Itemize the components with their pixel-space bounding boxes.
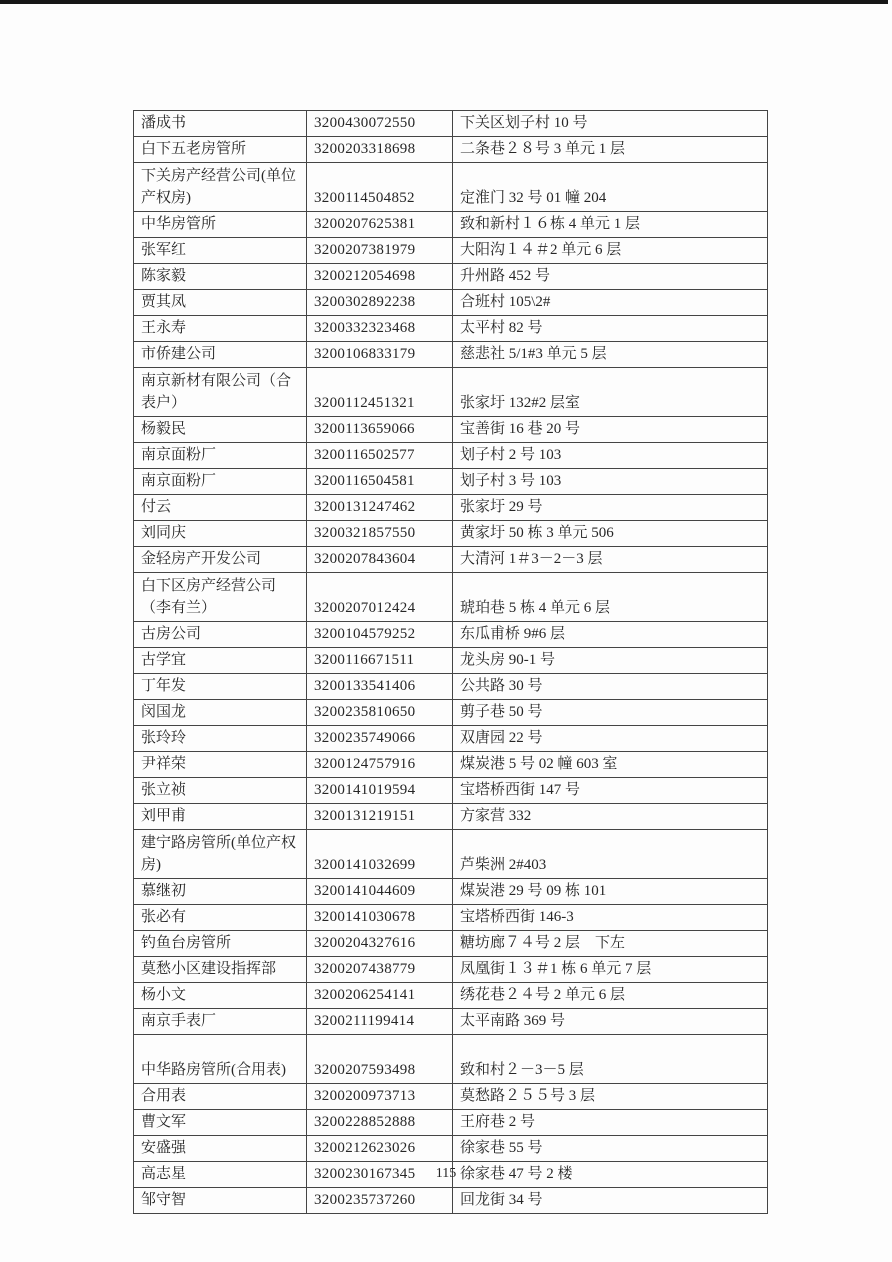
name-cell: 闵国龙 (134, 700, 307, 726)
name-cell: 合用表 (134, 1084, 307, 1110)
table-row: 慕继初3200141044609煤炭港 29 号 09 栋 101 (134, 879, 768, 905)
number-cell: 3200228852888 (307, 1110, 453, 1136)
table-row: 丁年发3200133541406公共路 30 号 (134, 674, 768, 700)
address-cell: 东瓜甫桥 9#6 层 (453, 622, 768, 648)
number-cell: 3200114504852 (307, 163, 453, 212)
number-cell: 3200116504581 (307, 469, 453, 495)
number-cell: 3200302892238 (307, 290, 453, 316)
number-cell: 3200131247462 (307, 495, 453, 521)
address-cell: 煤炭港 5 号 02 幢 603 室 (453, 752, 768, 778)
number-cell: 3200207381979 (307, 238, 453, 264)
table-row: 潘成书3200430072550下关区划子村 10 号 (134, 111, 768, 137)
table-row: 南京面粉厂3200116502577划子村 2 号 103 (134, 443, 768, 469)
table-row: 付云3200131247462张家圩 29 号 (134, 495, 768, 521)
address-cell: 下关区划子村 10 号 (453, 111, 768, 137)
table-row: 王永寿3200332323468太平村 82 号 (134, 316, 768, 342)
name-cell: 中华路房管所(合用表) (134, 1035, 307, 1084)
address-cell: 黄家圩 50 栋 3 单元 506 (453, 521, 768, 547)
name-cell: 南京面粉厂 (134, 443, 307, 469)
address-cell: 宝塔桥西街 147 号 (453, 778, 768, 804)
table-row: 杨小文3200206254141绣花巷２４号 2 单元 6 层 (134, 983, 768, 1009)
table-row: 建宁路房管所(单位产权房)3200141032699芦柴洲 2#403 (134, 830, 768, 879)
address-cell: 双唐园 22 号 (453, 726, 768, 752)
name-cell: 杨小文 (134, 983, 307, 1009)
name-cell: 南京新材有限公司（合表户） (134, 368, 307, 417)
number-cell: 3200200973713 (307, 1084, 453, 1110)
address-cell: 莫愁路２５５号 3 层 (453, 1084, 768, 1110)
name-cell: 曹文军 (134, 1110, 307, 1136)
name-cell: 陈家毅 (134, 264, 307, 290)
name-cell: 安盛强 (134, 1136, 307, 1162)
number-cell: 3200124757916 (307, 752, 453, 778)
address-cell: 剪子巷 50 号 (453, 700, 768, 726)
records-table: 潘成书3200430072550下关区划子村 10 号白下五老房管所320020… (133, 110, 768, 1214)
document-page: 潘成书3200430072550下关区划子村 10 号白下五老房管所320020… (0, 0, 892, 1262)
number-cell: 3200207625381 (307, 212, 453, 238)
name-cell: 邹守智 (134, 1188, 307, 1214)
name-cell: 杨毅民 (134, 417, 307, 443)
table-row: 闵国龙3200235810650剪子巷 50 号 (134, 700, 768, 726)
number-cell: 3200207843604 (307, 547, 453, 573)
name-cell: 刘同庆 (134, 521, 307, 547)
address-cell: 大清河 1＃3－2－3 层 (453, 547, 768, 573)
name-cell: 莫愁小区建设指挥部 (134, 957, 307, 983)
table-row: 白下五老房管所3200203318698二条巷２８号 3 单元 1 层 (134, 137, 768, 163)
table-row: 尹祥荣3200124757916煤炭港 5 号 02 幢 603 室 (134, 752, 768, 778)
name-cell: 刘甲甫 (134, 804, 307, 830)
address-cell: 绣花巷２４号 2 单元 6 层 (453, 983, 768, 1009)
table-row: 张军红3200207381979大阳沟１４＃2 单元 6 层 (134, 238, 768, 264)
scan-edge-artifact (0, 0, 888, 4)
name-cell: 金轻房产开发公司 (134, 547, 307, 573)
number-cell: 3200207593498 (307, 1035, 453, 1084)
address-cell: 徐家巷 55 号 (453, 1136, 768, 1162)
table-row: 古学宜3200116671511龙头房 90-1 号 (134, 648, 768, 674)
table-row: 白下区房产经营公司（李有兰）3200207012424琥珀巷 5 栋 4 单元 … (134, 573, 768, 622)
table-row: 莫愁小区建设指挥部3200207438779凤凰街１３＃1 栋 6 单元 7 层 (134, 957, 768, 983)
name-cell: 张必有 (134, 905, 307, 931)
number-cell: 3200212054698 (307, 264, 453, 290)
address-cell: 煤炭港 29 号 09 栋 101 (453, 879, 768, 905)
address-cell: 划子村 2 号 103 (453, 443, 768, 469)
table-row: 钓鱼台房管所3200204327616糖坊廊７４号 2 层 下左 (134, 931, 768, 957)
name-cell: 古学宜 (134, 648, 307, 674)
address-cell: 升州路 452 号 (453, 264, 768, 290)
number-cell: 3200206254141 (307, 983, 453, 1009)
number-cell: 3200235737260 (307, 1188, 453, 1214)
number-cell: 3200141019594 (307, 778, 453, 804)
address-cell: 王府巷 2 号 (453, 1110, 768, 1136)
table-row: 合用表3200200973713莫愁路２５５号 3 层 (134, 1084, 768, 1110)
table-row: 张玲玲3200235749066双唐园 22 号 (134, 726, 768, 752)
table-row: 中华房管所3200207625381致和新村１６栋 4 单元 1 层 (134, 212, 768, 238)
table-row: 张立祯3200141019594宝塔桥西街 147 号 (134, 778, 768, 804)
number-cell: 3200133541406 (307, 674, 453, 700)
page-number: 115 (0, 1166, 892, 1182)
name-cell: 下关房产经营公司(单位产权房) (134, 163, 307, 212)
number-cell: 3200106833179 (307, 342, 453, 368)
address-cell: 太平村 82 号 (453, 316, 768, 342)
name-cell: 付云 (134, 495, 307, 521)
address-cell: 宝塔桥西街 146-3 (453, 905, 768, 931)
name-cell: 潘成书 (134, 111, 307, 137)
address-cell: 琥珀巷 5 栋 4 单元 6 层 (453, 573, 768, 622)
table-row: 古房公司3200104579252东瓜甫桥 9#6 层 (134, 622, 768, 648)
address-cell: 糖坊廊７４号 2 层 下左 (453, 931, 768, 957)
address-cell: 公共路 30 号 (453, 674, 768, 700)
number-cell: 3200204327616 (307, 931, 453, 957)
number-cell: 3200207012424 (307, 573, 453, 622)
table-row: 邹守智3200235737260回龙街 34 号 (134, 1188, 768, 1214)
name-cell: 贾其凤 (134, 290, 307, 316)
table-row: 刘同庆3200321857550黄家圩 50 栋 3 单元 506 (134, 521, 768, 547)
address-cell: 龙头房 90-1 号 (453, 648, 768, 674)
name-cell: 王永寿 (134, 316, 307, 342)
name-cell: 古房公司 (134, 622, 307, 648)
address-cell: 方家营 332 (453, 804, 768, 830)
table-row: 安盛强3200212623026徐家巷 55 号 (134, 1136, 768, 1162)
table-row: 南京新材有限公司（合表户）3200112451321张家圩 132#2 层室 (134, 368, 768, 417)
address-cell: 太平南路 369 号 (453, 1009, 768, 1035)
table-row: 曹文军3200228852888王府巷 2 号 (134, 1110, 768, 1136)
number-cell: 3200332323468 (307, 316, 453, 342)
number-cell: 3200141030678 (307, 905, 453, 931)
number-cell: 3200116671511 (307, 648, 453, 674)
table-row: 刘甲甫3200131219151方家营 332 (134, 804, 768, 830)
number-cell: 3200113659066 (307, 417, 453, 443)
name-cell: 尹祥荣 (134, 752, 307, 778)
address-cell: 张家圩 132#2 层室 (453, 368, 768, 417)
table-row: 贾其凤3200302892238合班村 105\2# (134, 290, 768, 316)
number-cell: 3200207438779 (307, 957, 453, 983)
name-cell: 丁年发 (134, 674, 307, 700)
address-cell: 大阳沟１４＃2 单元 6 层 (453, 238, 768, 264)
number-cell: 3200211199414 (307, 1009, 453, 1035)
address-cell: 定淮门 32 号 01 幢 204 (453, 163, 768, 212)
address-cell: 宝善街 16 巷 20 号 (453, 417, 768, 443)
name-cell: 张玲玲 (134, 726, 307, 752)
number-cell: 3200430072550 (307, 111, 453, 137)
number-cell: 3200235749066 (307, 726, 453, 752)
name-cell: 白下区房产经营公司（李有兰） (134, 573, 307, 622)
name-cell: 白下五老房管所 (134, 137, 307, 163)
number-cell: 3200131219151 (307, 804, 453, 830)
address-cell: 芦柴洲 2#403 (453, 830, 768, 879)
name-cell: 南京面粉厂 (134, 469, 307, 495)
records-table-body: 潘成书3200430072550下关区划子村 10 号白下五老房管所320020… (134, 111, 768, 1214)
name-cell: 建宁路房管所(单位产权房) (134, 830, 307, 879)
name-cell: 张立祯 (134, 778, 307, 804)
table-row: 金轻房产开发公司3200207843604大清河 1＃3－2－3 层 (134, 547, 768, 573)
table-row: 陈家毅3200212054698升州路 452 号 (134, 264, 768, 290)
address-cell: 致和新村１６栋 4 单元 1 层 (453, 212, 768, 238)
address-cell: 划子村 3 号 103 (453, 469, 768, 495)
number-cell: 3200203318698 (307, 137, 453, 163)
table-row: 张必有3200141030678宝塔桥西街 146-3 (134, 905, 768, 931)
number-cell: 3200141044609 (307, 879, 453, 905)
table-row: 杨毅民3200113659066宝善街 16 巷 20 号 (134, 417, 768, 443)
address-cell: 二条巷２８号 3 单元 1 层 (453, 137, 768, 163)
address-cell: 凤凰街１３＃1 栋 6 单元 7 层 (453, 957, 768, 983)
address-cell: 合班村 105\2# (453, 290, 768, 316)
number-cell: 3200104579252 (307, 622, 453, 648)
number-cell: 3200141032699 (307, 830, 453, 879)
number-cell: 3200321857550 (307, 521, 453, 547)
name-cell: 市侨建公司 (134, 342, 307, 368)
number-cell: 3200212623026 (307, 1136, 453, 1162)
number-cell: 3200235810650 (307, 700, 453, 726)
name-cell: 中华房管所 (134, 212, 307, 238)
address-cell: 致和村２－3－5 层 (453, 1035, 768, 1084)
name-cell: 南京手表厂 (134, 1009, 307, 1035)
number-cell: 3200116502577 (307, 443, 453, 469)
table-row: 中华路房管所(合用表)3200207593498致和村２－3－5 层 (134, 1035, 768, 1084)
table-row: 下关房产经营公司(单位产权房)3200114504852定淮门 32 号 01 … (134, 163, 768, 212)
number-cell: 3200112451321 (307, 368, 453, 417)
name-cell: 张军红 (134, 238, 307, 264)
name-cell: 慕继初 (134, 879, 307, 905)
address-cell: 慈悲社 5/1#3 单元 5 层 (453, 342, 768, 368)
name-cell: 钓鱼台房管所 (134, 931, 307, 957)
address-cell: 回龙街 34 号 (453, 1188, 768, 1214)
table-row: 南京手表厂3200211199414太平南路 369 号 (134, 1009, 768, 1035)
address-cell: 张家圩 29 号 (453, 495, 768, 521)
table-row: 南京面粉厂3200116504581划子村 3 号 103 (134, 469, 768, 495)
table-row: 市侨建公司3200106833179慈悲社 5/1#3 单元 5 层 (134, 342, 768, 368)
